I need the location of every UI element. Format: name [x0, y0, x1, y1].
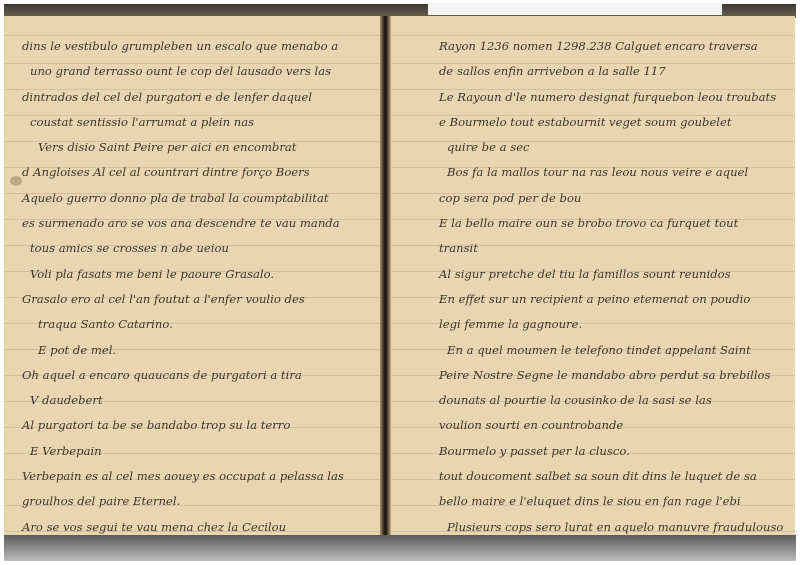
- handwritten-line: dintrados del cel del purgatori e de len…: [4, 85, 380, 110]
- handwritten-line: traqua Santo Catarino.: [4, 312, 380, 337]
- notebook-binding: [380, 16, 390, 538]
- handwritten-line: Voli pla fasats me beni le paoure Grasal…: [4, 262, 380, 287]
- handwritten-line: legi femme la gagnoure.: [391, 312, 795, 337]
- handwritten-line: En effet sur un recipient a peino etemen…: [391, 287, 795, 312]
- handwritten-line: voulion sourti en countrobande: [391, 413, 795, 438]
- handwritten-line: Al purgatori ta be se bandabo trop su la…: [4, 413, 380, 438]
- handwritten-line: Bourmelo y passet per la clusco.: [391, 439, 795, 464]
- handwritten-line: Rayon 1236 nomen 1298.238 Calguet encaro…: [391, 34, 795, 59]
- handwritten-line: quire be a sec: [391, 135, 795, 160]
- handwritten-line: groulhos del paire Eternel.: [4, 489, 380, 514]
- handwritten-line: tout doucoment salbet sa soun dit dins l…: [391, 464, 795, 489]
- handwritten-line: V daudebert: [4, 388, 380, 413]
- handwritten-line: coustat sentissio l'arrumat a plein nas: [4, 110, 380, 135]
- handwritten-line: Grasalo ero al cel l'an foutut a l'enfer…: [4, 287, 380, 312]
- handwritten-line: d Angloises Al cel al countrari dintre f…: [4, 160, 380, 185]
- left-page: dins le vestibulo grumpleben un escalo q…: [4, 16, 381, 538]
- handwritten-line: cop sera pod per de bou: [391, 186, 795, 211]
- handwritten-line: bello maire e l'eluquet dins le siou en …: [391, 489, 795, 514]
- handwritten-line: Peire Nostre Segne le mandabo abro perdu…: [391, 363, 795, 388]
- handwritten-line: dins le vestibulo grumpleben un escalo q…: [4, 34, 380, 59]
- handwritten-line: Bos fa la mallos tour na ras leou nous v…: [391, 160, 795, 185]
- handwritten-line: Al sigur pretche del tiu la famillos sou…: [391, 262, 795, 287]
- handwritten-line: E Verbepain: [4, 439, 380, 464]
- handwritten-line: Vers disio Saint Peire per aici en encom…: [4, 135, 380, 160]
- handwritten-line: Le Rayoun d'le numero designat furquebon…: [391, 85, 795, 110]
- handwritten-line: Aquelo guerro donno pla de trabal la cou…: [4, 186, 380, 211]
- handwritten-line: E pot de mel.: [4, 338, 380, 363]
- handwritten-line: transit: [391, 236, 795, 261]
- right-page-text: Rayon 1236 nomen 1298.238 Calguet encaro…: [391, 34, 795, 565]
- handwritten-line: uno grand terrasso ount le cop del lausa…: [4, 59, 380, 84]
- handwritten-line: tous amics se crosses n abe ueiou: [4, 236, 380, 261]
- notebook-scan: dins le vestibulo grumpleben un escalo q…: [0, 0, 800, 565]
- handwritten-line: es surmenado aro se vos ana descendre te…: [4, 211, 380, 236]
- handwritten-line: e Bourmelo tout estabournit veget soum g…: [391, 110, 795, 135]
- paper-slip: [428, 3, 722, 15]
- left-page-text: dins le vestibulo grumpleben un escalo q…: [4, 34, 380, 565]
- handwritten-line: dounats al pourtie la cousinko de la sas…: [391, 388, 795, 413]
- handwritten-line: E la bello maire oun se brobo trovo ca f…: [391, 211, 795, 236]
- handwritten-line: de sallos enfin arrivebon a la salle 117: [391, 59, 795, 84]
- handwritten-line: Verbepain es al cel mes aouey es occupat…: [4, 464, 380, 489]
- handwritten-line: Oh aquel a encaro quaucans de purgatori …: [4, 363, 380, 388]
- scan-bottom-shadow: [4, 535, 796, 561]
- handwritten-line: En a quel moumen le telefono tindet appe…: [391, 338, 795, 363]
- right-page: Rayon 1236 nomen 1298.238 Calguet encaro…: [390, 16, 795, 538]
